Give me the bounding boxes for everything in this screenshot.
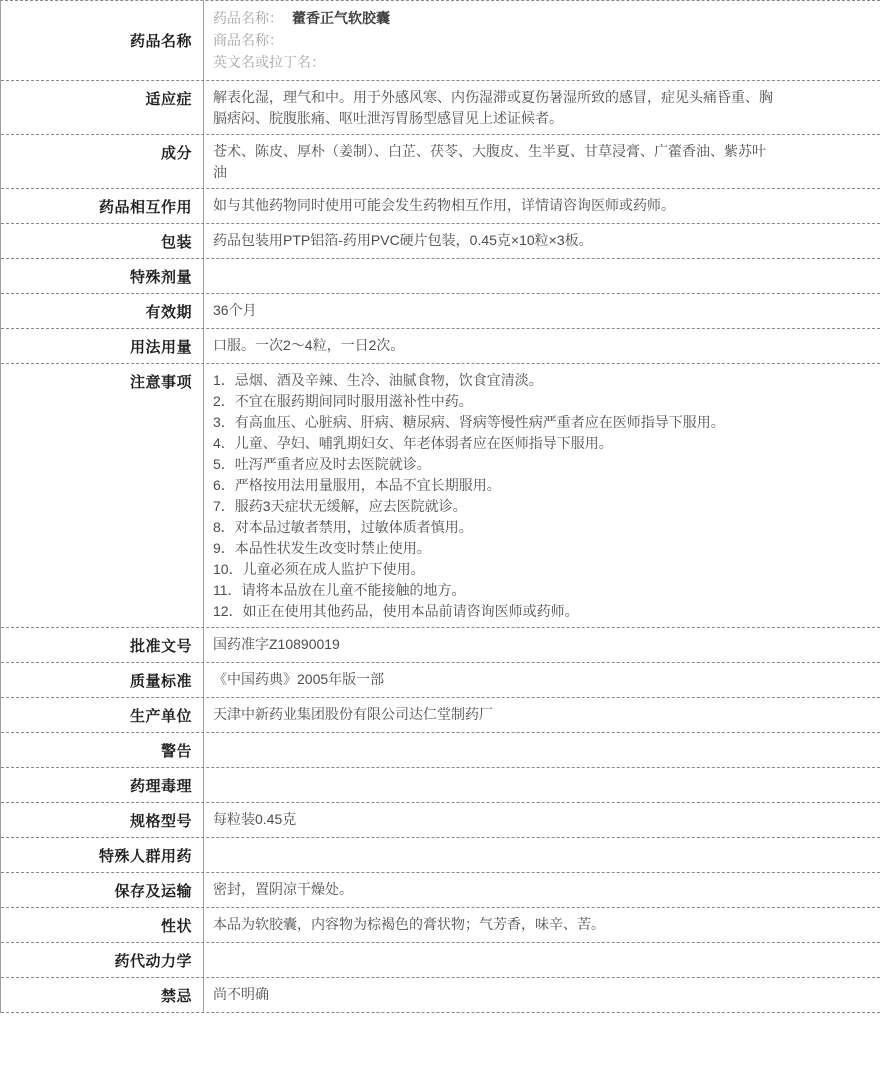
row-quality-standard: 质量标准 《中国药典》2005年版一部: [1, 663, 880, 698]
row-label-storage-transport: 保存及运输: [1, 873, 204, 907]
row-warning: 警告: [1, 733, 880, 768]
row-label-special-dosage: 特殊剂量: [1, 259, 204, 293]
row-value-warning: [204, 733, 880, 767]
row-ingredients: 成分 苍术、陈皮、厚朴（姜制）、白芷、茯苓、大腹皮、生半夏、甘草浸膏、广藿香油、…: [1, 135, 880, 189]
row-special-populations: 特殊人群用药: [1, 838, 880, 873]
row-label-warning: 警告: [1, 733, 204, 767]
row-value-drug-interactions: 如与其他药物同时使用可能会发生药物相互作用，详情请咨询医师或药师。: [204, 189, 880, 223]
row-value-description: 本品为软胶囊，内容物为棕褐色的膏状物；气芳香，味辛、苦。: [204, 908, 880, 942]
row-value-precautions: 1．忌烟、酒及辛辣、生冷、油腻食物，饮食宜清淡。 2．不宜在服药期间同时服用滋补…: [204, 364, 880, 627]
row-value-contraindications: 尚不明确: [204, 978, 880, 1012]
row-pharmacokinetics: 药代动力学: [1, 943, 880, 978]
latin-name-line: 英文名或拉丁名：: [213, 51, 870, 73]
row-shelf-life: 有效期 36个月: [1, 294, 880, 329]
row-precautions: 注意事项 1．忌烟、酒及辛辣、生冷、油腻食物，饮食宜清淡。 2．不宜在服药期间同…: [1, 364, 880, 628]
row-value-pharmacokinetics: [204, 943, 880, 977]
row-packaging: 包装 药品包装用PTP铝箔-药用PVC硬片包装，0.45克×10粒×3板。: [1, 224, 880, 259]
row-value-specification: 每粒装0.45克: [204, 803, 880, 837]
row-pharmacology-toxicology: 药理毒理: [1, 768, 880, 803]
row-label-contraindications: 禁忌: [1, 978, 204, 1012]
row-value-shelf-life: 36个月: [204, 294, 880, 328]
row-label-manufacturer: 生产单位: [1, 698, 204, 732]
row-label-precautions: 注意事项: [1, 364, 204, 627]
row-label-description: 性状: [1, 908, 204, 942]
row-label-specification: 规格型号: [1, 803, 204, 837]
row-value-dosage-administration: 口服。一次2～4粒，一日2次。: [204, 329, 880, 363]
row-value-ingredients: 苍术、陈皮、厚朴（姜制）、白芷、茯苓、大腹皮、生半夏、甘草浸膏、广藿香油、紫苏叶…: [204, 135, 880, 188]
row-value-manufacturer: 天津中新药业集团股份有限公司达仁堂制药厂: [204, 698, 880, 732]
row-dosage-administration: 用法用量 口服。一次2～4粒，一日2次。: [1, 329, 880, 364]
latin-name-caption: 英文名或拉丁名：: [213, 54, 325, 70]
row-description: 性状 本品为软胶囊，内容物为棕褐色的膏状物；气芳香，味辛、苦。: [1, 908, 880, 943]
row-label-drug-interactions: 药品相互作用: [1, 189, 204, 223]
row-label-shelf-life: 有效期: [1, 294, 204, 328]
row-label-drug-name: 药品名称: [1, 1, 204, 80]
row-value-pharmacology-toxicology: [204, 768, 880, 802]
row-value-storage-transport: 密封，置阴凉干燥处。: [204, 873, 880, 907]
row-label-ingredients: 成分: [1, 135, 204, 188]
row-manufacturer: 生产单位 天津中新药业集团股份有限公司达仁堂制药厂: [1, 698, 880, 733]
generic-name-caption: 药品名称：: [213, 10, 283, 26]
row-indications: 适应症 解表化湿，理气和中。用于外感风寒、内伤湿滞或夏伤暑湿所致的感冒，症见头痛…: [1, 81, 880, 135]
row-value-special-populations: [204, 838, 880, 872]
row-value-special-dosage: [204, 259, 880, 293]
row-value-quality-standard: 《中国药典》2005年版一部: [204, 663, 880, 697]
row-value-approval-number: 国药准字Z10890019: [204, 628, 880, 662]
row-label-quality-standard: 质量标准: [1, 663, 204, 697]
row-contraindications: 禁忌 尚不明确: [1, 978, 880, 1013]
row-label-pharmacokinetics: 药代动力学: [1, 943, 204, 977]
row-specification: 规格型号 每粒装0.45克: [1, 803, 880, 838]
row-special-dosage: 特殊剂量: [1, 259, 880, 294]
row-value-drug-name: 药品名称：藿香正气软胶囊 商品名称： 英文名或拉丁名：: [204, 1, 880, 80]
row-drug-interactions: 药品相互作用 如与其他药物同时使用可能会发生药物相互作用，详情请咨询医师或药师。: [1, 189, 880, 224]
row-label-pharmacology-toxicology: 药理毒理: [1, 768, 204, 802]
drug-info-table: 药品名称 药品名称：藿香正气软胶囊 商品名称： 英文名或拉丁名： 适应症 解表化…: [0, 0, 880, 1013]
trade-name-line: 商品名称：: [213, 29, 870, 51]
row-value-packaging: 药品包装用PTP铝箔-药用PVC硬片包装，0.45克×10粒×3板。: [204, 224, 880, 258]
row-drug-name: 药品名称 药品名称：藿香正气软胶囊 商品名称： 英文名或拉丁名：: [1, 1, 880, 81]
generic-name-line: 药品名称：藿香正气软胶囊: [213, 7, 870, 29]
row-label-packaging: 包装: [1, 224, 204, 258]
row-label-approval-number: 批准文号: [1, 628, 204, 662]
row-label-special-populations: 特殊人群用药: [1, 838, 204, 872]
generic-name-value: 藿香正气软胶囊: [292, 10, 390, 26]
row-approval-number: 批准文号 国药准字Z10890019: [1, 628, 880, 663]
row-storage-transport: 保存及运输 密封，置阴凉干燥处。: [1, 873, 880, 908]
row-label-dosage-administration: 用法用量: [1, 329, 204, 363]
trade-name-caption: 商品名称：: [213, 32, 283, 48]
row-label-indications: 适应症: [1, 81, 204, 134]
row-value-indications: 解表化湿，理气和中。用于外感风寒、内伤湿滞或夏伤暑湿所致的感冒，症见头痛昏重、胸…: [204, 81, 880, 134]
